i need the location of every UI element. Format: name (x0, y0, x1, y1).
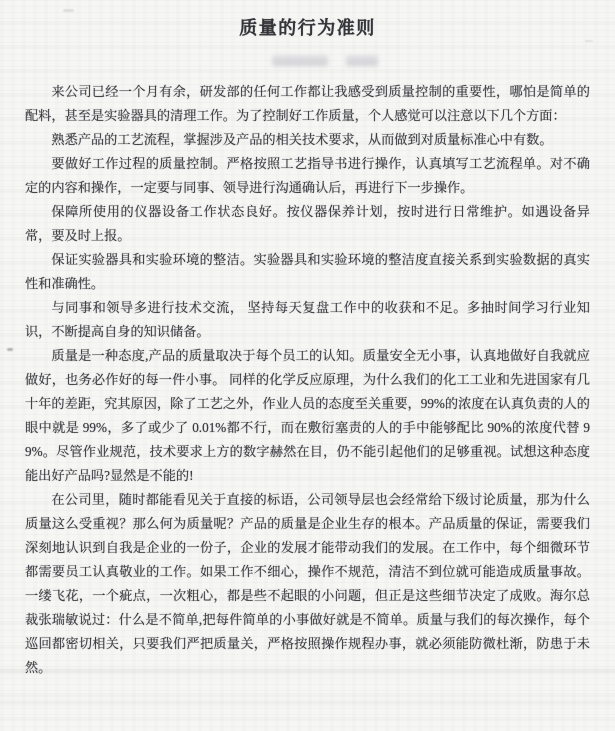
document-title: 质量的行为准则 (0, 0, 615, 41)
redacted-name-blur (272, 55, 328, 66)
paragraph-cleanliness: 保证实验器具和实验环境的整洁。实验器具和实验环境的整洁度直接关系到实验数据的真实… (25, 248, 590, 296)
scan-streak-band (0, 668, 615, 674)
document-body: 来公司已经一个月有余，研发部的任何工作都让我感受到质量控制的重要性，哪怕是简单的… (25, 80, 590, 680)
document-page: 质量的行为准则 来公司已经一个月有余，研发部的任何工作都让我感受到质量控制的重要… (0, 0, 615, 731)
paragraph-conclusion: 在公司里，随时都能看见关于直接的标语，公司领导层也会经常给下级讨论质量，那为什么… (25, 488, 590, 680)
scan-speck (585, 40, 593, 42)
paragraph-equipment: 保障所使用的仪器设备工作状态良好。按仪器保养计划，按时进行日常维护。如遇设备异常… (25, 200, 590, 248)
paragraph-communication: 与同事和领导多进行技术交流， 坚持每天复盘工作中的收获和不足。多抽时间学习行业知… (25, 296, 590, 344)
redacted-name-blur (346, 55, 378, 66)
scan-speck (63, 9, 74, 12)
paragraph-quality-control: 要做好工作过程的质量控制。严格按照工艺指导书进行操作，认真填写工艺流程单。对不确… (25, 152, 590, 200)
scan-speck (7, 348, 13, 351)
redacted-author (0, 51, 615, 64)
scan-streak-band (0, 700, 615, 705)
paragraph-process-flow: 熟悉产品的工艺流程，掌握涉及产品的相关技术要求，从而做到对质量标准心中有数。 (25, 128, 590, 152)
paragraph-intro: 来公司已经一个月有余，研发部的任何工作都让我感受到质量控制的重要性，哪怕是简单的… (25, 80, 590, 128)
paragraph-attitude: 质量是一种态度,产品的质量取决于每个员工的认知。质量安全无小事，认真地做好自我就… (25, 344, 590, 488)
